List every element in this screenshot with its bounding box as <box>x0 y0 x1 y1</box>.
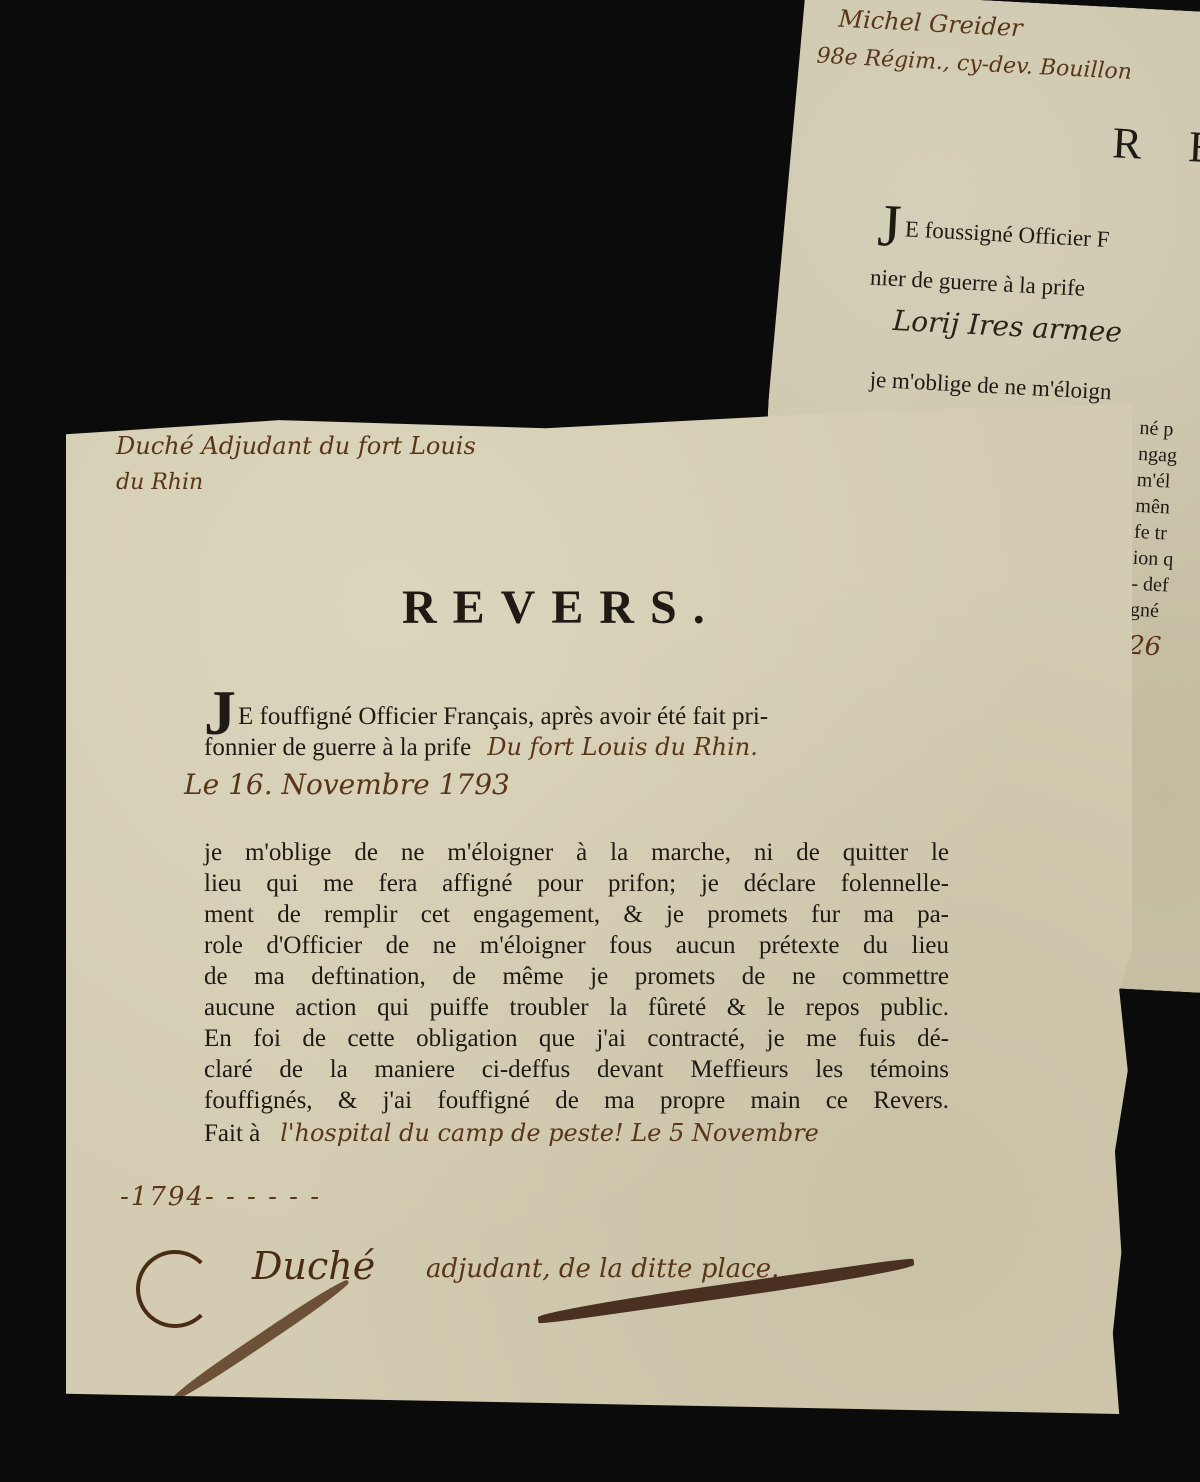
back-handwritten-name: Michel Greider <box>838 5 1023 43</box>
intro-line1: JE fouffigné Officier Français, après av… <box>204 698 949 732</box>
body-line: de ma deftination, de même je promets de… <box>204 961 949 992</box>
back-fragment: ion q <box>1132 547 1174 572</box>
body-line: claré de la maniere ci-deffus devant Mef… <box>204 1054 949 1085</box>
intro-line1-text: E fouffigné Officier Français, après avo… <box>238 703 768 730</box>
signature: Duché <box>252 1244 375 1288</box>
fait-label: Fait à <box>204 1120 260 1147</box>
intro-line2: fonnier de guerre à la prifeDu fort Loui… <box>204 732 949 763</box>
handwritten-place: Du fort Louis du Rhin. <box>487 733 758 761</box>
back-fragment: mên <box>1135 495 1171 520</box>
body-line: En foi de cette obligation que j'ai cont… <box>204 1023 949 1054</box>
signature-title: adjudant, de la ditte place. <box>426 1254 779 1284</box>
back-fragment: né p <box>1139 417 1174 442</box>
back-fragment: fe tr <box>1133 521 1167 546</box>
back-fragment: gné <box>1129 599 1159 623</box>
back-intro-line2: nier de guerre à la prife <box>869 265 1085 302</box>
back-title: R E <box>1111 117 1200 174</box>
handwritten-fait-place: l'hospital du camp de peste! Le 5 Novemb… <box>280 1119 819 1147</box>
fait-line: Fait àl'hospital du camp de peste! Le 5 … <box>204 1118 949 1149</box>
body-line: ment de remplir cet engagement, & je pro… <box>204 899 949 930</box>
body-line: role d'Officier de ne m'éloigner fous au… <box>204 930 949 961</box>
back-line1-text: E foussigné Officier F <box>904 216 1110 252</box>
intro-line2-text: fonnier de guerre à la prife <box>204 734 471 761</box>
back-intro-line1: JE foussigné Officier F <box>877 205 1111 257</box>
back-fragment: m'él <box>1136 469 1171 494</box>
handwritten-year: -1794- - - - - - <box>120 1182 321 1212</box>
back-fragment: 26 <box>1127 631 1162 663</box>
back-fragment: - def <box>1131 573 1169 598</box>
body-line: je m'oblige de ne m'éloigner à la marche… <box>204 837 949 868</box>
handwritten-date: Le 16. Novembre 1793 <box>184 769 949 819</box>
back-body-line1: je m'oblige de ne m'éloign <box>869 367 1112 406</box>
front-document: Duché Adjudant du fort Louis du Rhin REV… <box>66 404 1132 1414</box>
body-paragraph: je m'oblige de ne m'éloigner à la marche… <box>204 837 949 1116</box>
handwritten-header-line2: du Rhin <box>116 470 203 495</box>
body-line: fouffignés, & j'ai fouffigné de ma propr… <box>204 1085 949 1116</box>
back-handwritten-regiment: 98e Régim., cy-dev. Bouillon <box>816 43 1133 84</box>
body-line: aucune action qui puiffe troubler la fûr… <box>204 992 949 1023</box>
document-title: REVERS. <box>402 580 721 635</box>
signature-flourish-curl <box>136 1250 214 1328</box>
handwritten-header-line1: Duché Adjudant du fort Louis <box>116 432 476 460</box>
document-body: JE fouffigné Officier Français, après av… <box>204 698 949 1149</box>
back-fragment: ngag <box>1138 443 1178 468</box>
back-dropcap: J <box>876 192 903 259</box>
back-handwritten-fill: Lorij Ires armee <box>892 304 1123 349</box>
body-line: lieu qui me fera affigné pour prifon; je… <box>204 868 949 899</box>
